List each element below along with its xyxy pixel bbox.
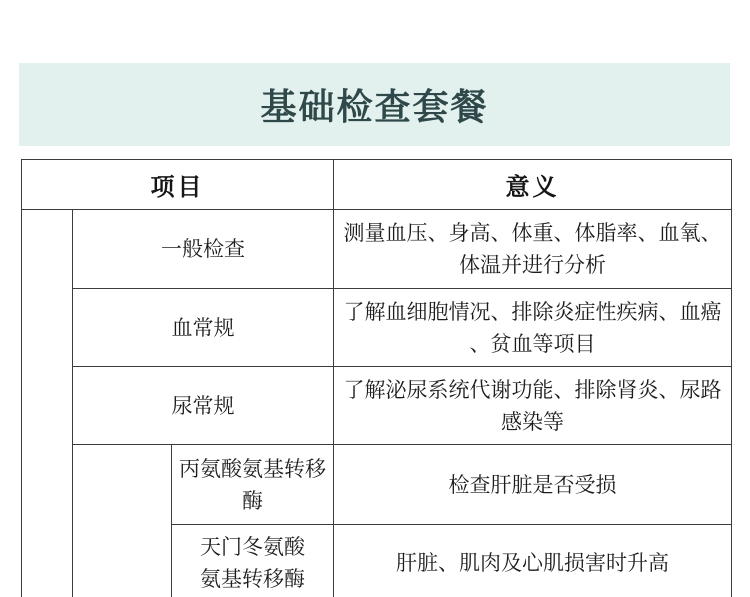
item-meaning-cell: 肝脏、肌肉及心肌损害时升高 <box>334 525 732 597</box>
item-name-cell: 天门冬氨酸 氨基转移酶 <box>172 525 334 597</box>
subcategory-cell-empty <box>73 445 172 597</box>
column-header-meaning: 意义 <box>334 160 732 210</box>
item-meaning-cell: 检查肝脏是否受损 <box>334 445 732 525</box>
checkup-table: 项目 意义 一般检查 测量血压、身高、体重、体脂率、血氧、 体温并进行分析 血常… <box>21 159 732 597</box>
item-meaning-cell: 了解血细胞情况、排除炎症性疾病、血癌 、贫血等项目 <box>334 289 732 367</box>
page-title: 基础检查套餐 <box>260 79 488 130</box>
table-row: 尿常规 了解泌尿系统代谢功能、排除肾炎、尿路 感染等 <box>22 367 732 445</box>
item-name-cell: 尿常规 <box>73 367 334 445</box>
package-title-banner: 基础检查套餐 <box>19 63 730 146</box>
page: 基础检查套餐 项目 意义 一般检查 测量血压、身高、体重、体脂率、血氧、 体温并… <box>0 0 750 597</box>
item-name-cell: 血常规 <box>73 289 334 367</box>
column-header-item: 项目 <box>22 160 334 210</box>
category-cell-empty <box>22 210 73 597</box>
item-meaning-cell: 测量血压、身高、体重、体脂率、血氧、 体温并进行分析 <box>334 210 732 289</box>
item-name-cell: 丙氨酸氨基转移 酶 <box>172 445 334 525</box>
table-row: 血常规 了解血细胞情况、排除炎症性疾病、血癌 、贫血等项目 <box>22 289 732 367</box>
table-row: 一般检查 测量血压、身高、体重、体脂率、血氧、 体温并进行分析 <box>22 210 732 289</box>
table-row: 丙氨酸氨基转移 酶 检查肝脏是否受损 <box>22 445 732 525</box>
table-header-row: 项目 意义 <box>22 160 732 210</box>
item-meaning-cell: 了解泌尿系统代谢功能、排除肾炎、尿路 感染等 <box>334 367 732 445</box>
item-name-cell: 一般检查 <box>73 210 334 289</box>
